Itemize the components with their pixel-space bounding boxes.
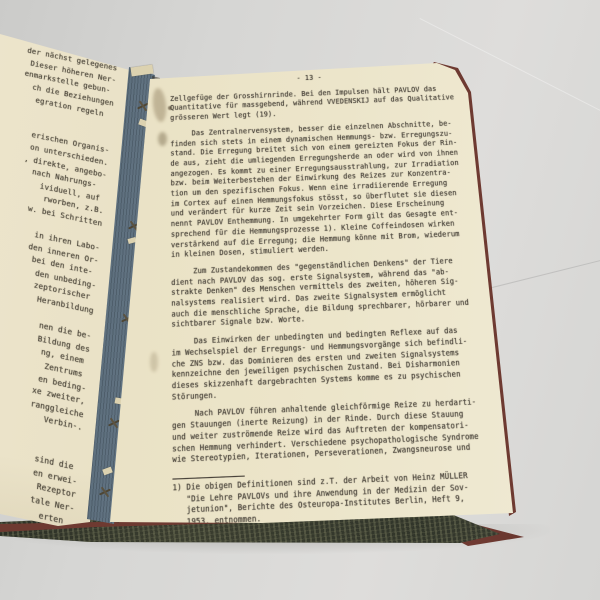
paragraph-1: Zellgefüge der Grosshirnrinde. Bei den I… (170, 84, 451, 124)
stitch-thread-tuft (99, 486, 111, 498)
photo-of-open-book: r die Umwelt-Reaktio- -höhere Nerventäti… (0, 0, 600, 600)
paragraph-2: Das Zentralnervensystem, besser die einz… (170, 119, 460, 261)
paragraph-3: Zum Zustandekommen des "gegenständlichen… (171, 256, 466, 331)
page-stain (158, 132, 167, 146)
stitch-thread-tuft (108, 417, 120, 429)
right-page-text: - 13 - Zellgefüge der Grosshirnrinde. Be… (170, 69, 480, 530)
footnote-rule (172, 475, 244, 479)
paragraph-5: Nach PAVLOV führen anhaltende gleichförm… (172, 398, 475, 466)
paragraph-4: Das Einwirken der unbedingten und beding… (172, 326, 471, 403)
page-stain (151, 87, 167, 122)
page-stain (150, 352, 158, 372)
